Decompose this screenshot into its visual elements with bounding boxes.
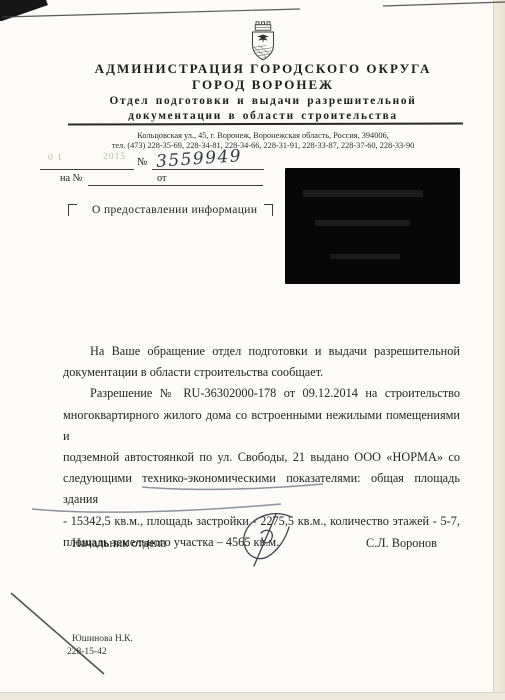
org-address: Кольцовская ул., 45, г. Воронеж, Воронеж… [48, 131, 478, 141]
subject-corner-mark-right [264, 204, 273, 216]
department-line1: Отдел подготовки и выдачи разрешительной [48, 95, 478, 108]
voronezh-coat-of-arms-icon [245, 21, 281, 63]
paper-bottom-edge [0, 692, 505, 700]
handwritten-signature [233, 510, 305, 570]
subject-corner-mark-left [68, 204, 77, 216]
body-line: документации в области строительства соо… [63, 362, 460, 383]
signer-name: С.Л. Воронов [366, 536, 437, 551]
letterhead-divider [68, 122, 463, 125]
body-line: На Ваше обращение отдел подготовки и выд… [63, 341, 460, 362]
number-sign-label: № [137, 156, 147, 168]
corner-fold-mark [0, 0, 48, 21]
letterhead-contacts: Кольцовская ул., 45, г. Воронеж, Воронеж… [48, 131, 478, 150]
subject-line: О предоставлении информации [92, 204, 257, 216]
body-line: следующими технико-экономическими показа… [63, 468, 460, 510]
crease-line-top-left [2, 9, 300, 17]
redaction-block [285, 168, 460, 284]
department-line2: документации в области строительства [48, 110, 478, 123]
body-line: подземной автостоянкой по ул. Свободы, 2… [63, 447, 460, 468]
scanned-letter-page: АДМИНИСТРАЦИЯ ГОРОДСКОГО ОКРУГА ГОРОД ВО… [0, 0, 505, 700]
body-line: многоквартирного жилого дома со встроенн… [63, 405, 460, 447]
executor-phone: 228-15-42 [67, 647, 107, 657]
paper-right-edge [493, 0, 505, 700]
redaction-texture [315, 220, 410, 226]
redaction-texture [330, 254, 400, 259]
reply-from-label: от [157, 173, 167, 184]
org-name-line2: ГОРОД ВОРОНЕЖ [48, 77, 478, 93]
letterhead: АДМИНИСТРАЦИЯ ГОРОДСКОГО ОКРУГА ГОРОД ВО… [48, 61, 478, 122]
date-blank-line [40, 155, 134, 170]
org-phones: тел. (473) 228-35-69, 228-34-81, 228-34-… [48, 141, 478, 151]
signer-position-title: Начальник отдела [72, 536, 166, 551]
reply-blank-line [88, 171, 263, 186]
reply-to-label: на № [60, 173, 82, 184]
body-line: Разрешение № RU-36302000-178 от 09.12.20… [63, 383, 460, 404]
org-name-line1: АДМИНИСТРАЦИЯ ГОРОДСКОГО ОКРУГА [48, 61, 478, 77]
crease-line-top-right [383, 2, 505, 6]
executor-name: Юшинова Н.К. [72, 634, 133, 644]
redaction-texture [303, 190, 423, 197]
